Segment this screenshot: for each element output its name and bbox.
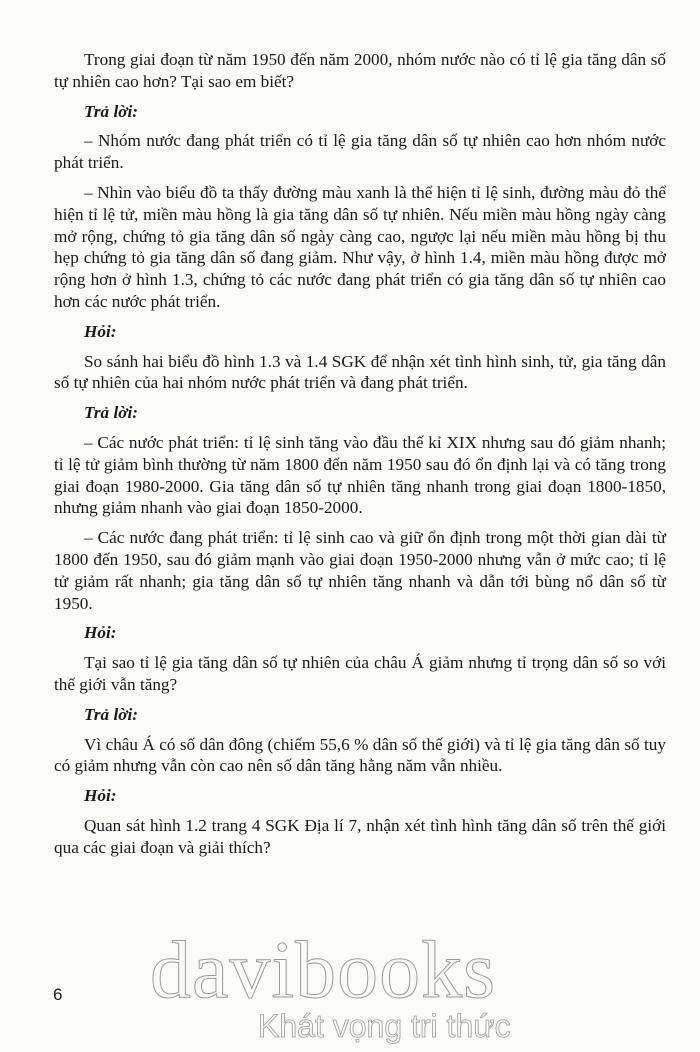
question-paragraph: So sánh hai biểu đồ hình 1.3 và 1.4 SGK … [54,351,666,395]
question-paragraph: Quan sát hình 1.2 trang 4 SGK Địa lí 7, … [54,815,666,859]
answer-label: Trả lời: [54,101,666,123]
answer-paragraph: – Các nước đang phát triển: tỉ lệ sinh c… [54,527,666,614]
question-label: Hỏi: [54,622,666,644]
answer-paragraph: – Nhóm nước đang phát triển có tỉ lệ gia… [54,130,666,174]
answer-label: Trả lời: [54,402,666,424]
answer-paragraph: Vì châu Á có số dân đông (chiếm 55,6 % d… [54,734,666,778]
watermark-brand: davibooks [150,930,550,1010]
question-label: Hỏi: [54,785,666,807]
answer-label: Trả lời: [54,704,666,726]
answer-paragraph: – Các nước phát triển: tỉ lệ sinh tăng v… [54,432,666,519]
question-paragraph: Tại sao tỉ lệ gia tăng dân số tự nhiên c… [54,652,666,696]
watermark-slogan: Khát vọng tri thức [258,1008,511,1045]
answer-paragraph: – Nhìn vào biểu đồ ta thấy đường màu xan… [54,182,666,313]
question-label: Hỏi: [54,321,666,343]
page-number: 6 [53,985,62,1005]
page-body: Trong giai đoạn từ năm 1950 đến năm 2000… [54,49,666,859]
question-paragraph: Trong giai đoạn từ năm 1950 đến năm 2000… [54,49,666,93]
